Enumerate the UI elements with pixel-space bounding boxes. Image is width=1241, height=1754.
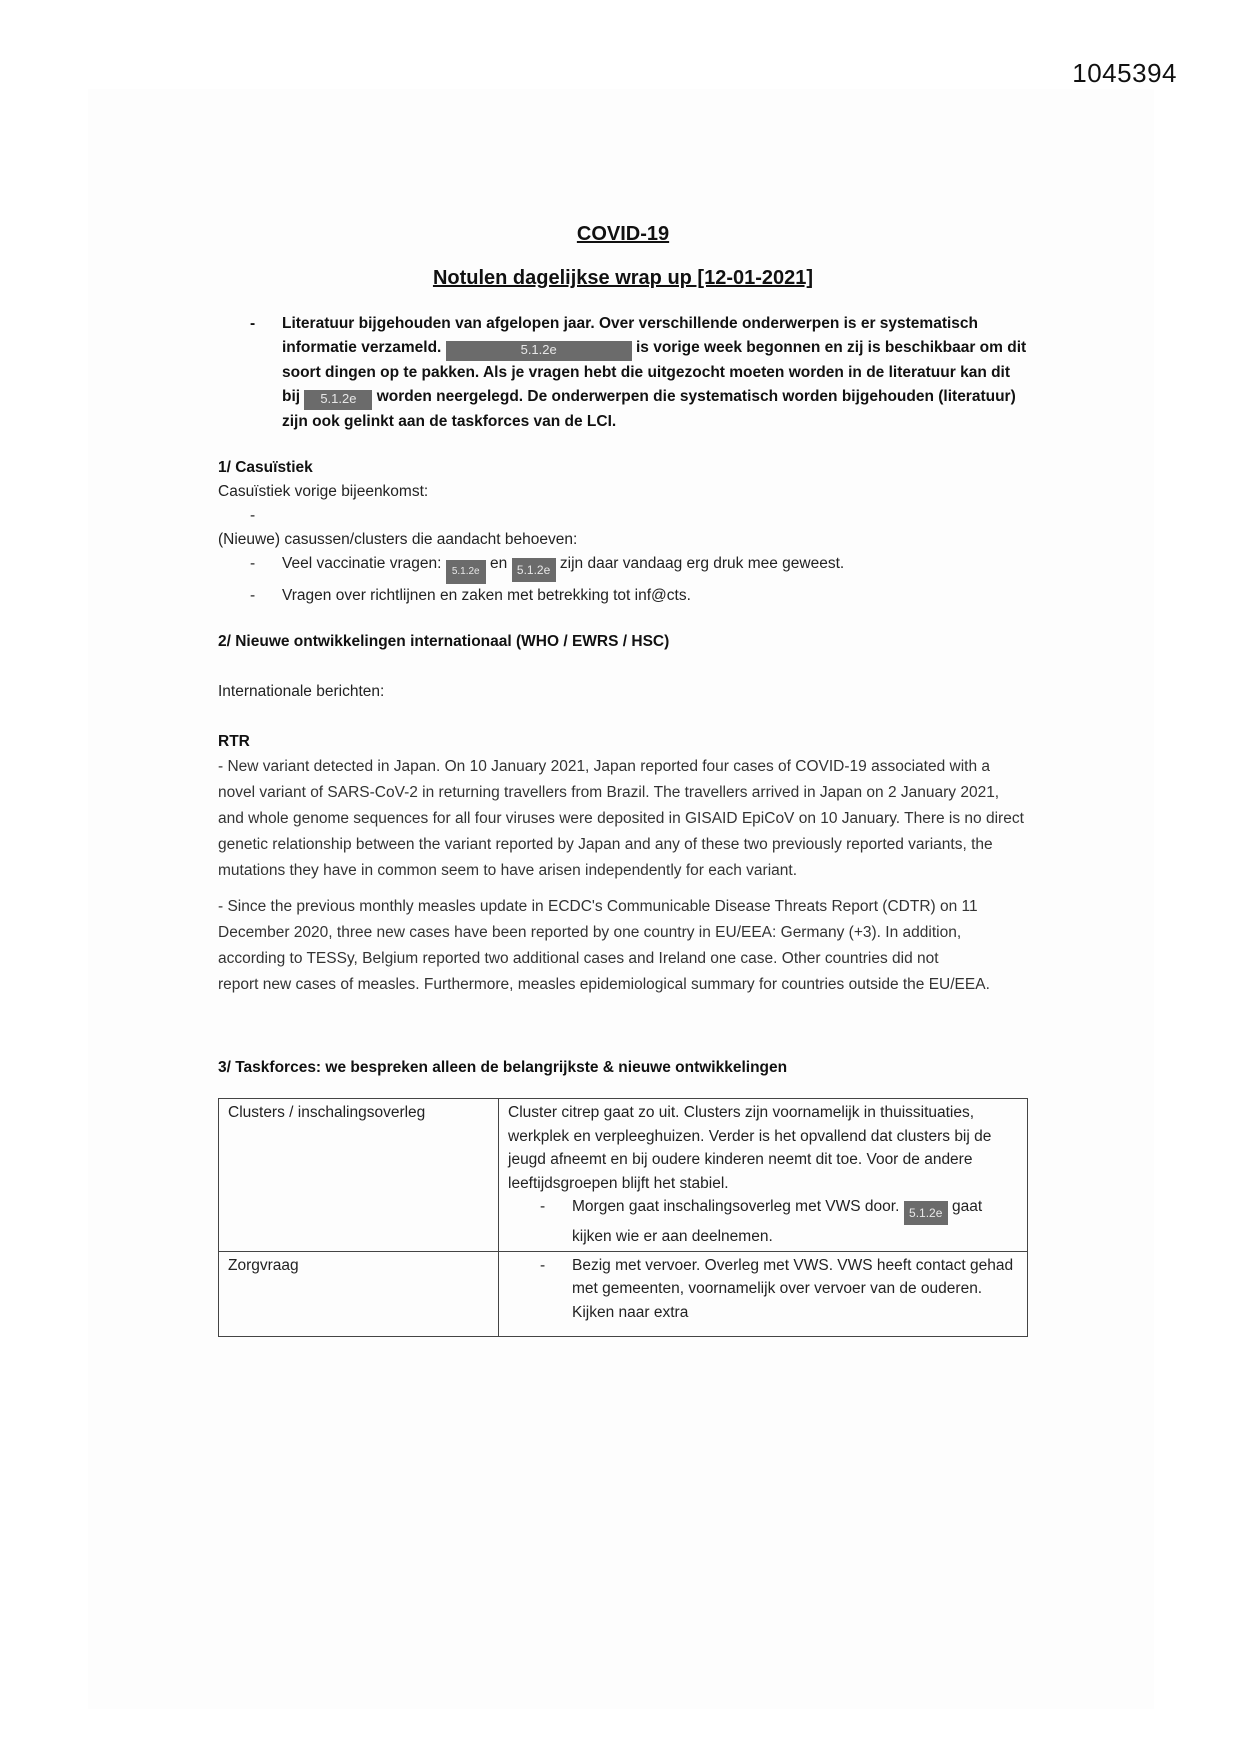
bullet-text: Bezig met vervoer. Overleg met VWS. VWS … [572,1254,1019,1325]
section2-heading: 2/ Nieuwe ontwikkelingen internationaal … [218,630,1028,654]
new-cases-label: (Nieuwe) casussen/clusters die aandacht … [218,528,1028,552]
rtr-heading: RTR [218,730,1028,754]
intro-text-part3: worden neergelegd. De onderwerpen die sy… [282,388,1016,430]
rtr-paragraph-measles-line2: report new cases of measles. Furthermore… [218,972,1028,998]
bullet-text-before: Morgen gaat inschalingsoverleg met VWS d… [572,1198,904,1215]
bullet-dash: - [218,552,282,584]
bullet-text: Veel vaccinatie vragen: 5.1.2e en 5.1.2e… [282,552,844,584]
taskforce-notes: - Bezig met vervoer. Overleg met VWS. VW… [499,1251,1028,1337]
bullet-dash: - [218,504,282,528]
rtr-paragraph-measles-line1: - Since the previous monthly measles upd… [218,894,1028,972]
taskforce-label: Zorgvraag [219,1251,499,1337]
international-messages-label: Internationale berichten: [218,680,1028,704]
document-id: 1045394 [1072,58,1177,89]
taskforce-label: Clusters / inschalingsoverleg [219,1099,499,1252]
redaction-box: 5.1.2e [304,390,372,410]
bullet-dash: - [508,1195,572,1249]
bullet-text-after: zijn daar vandaag erg druk mee geweest. [556,555,845,572]
document-subtitle: Notulen dagelijkse wrap up [12-01-2021] [218,266,1028,290]
bullet-text: Morgen gaat inschalingsoverleg met VWS d… [572,1195,1019,1249]
redaction-box: 5.1.2e [904,1201,948,1225]
redaction-box: 5.1.2e [446,341,632,361]
bullet-dash: - [508,1254,572,1325]
bullet-text: Vragen over richtlijnen en zaken met bet… [282,584,691,608]
new-cases-bullet-1: - Veel vaccinatie vragen: 5.1.2e en 5.1.… [218,552,1028,584]
taskforces-table: Clusters / inschalingsoverleg Cluster ci… [218,1098,1028,1337]
redaction-box: 5.1.2e [512,558,556,582]
taskforce-bullet: - Morgen gaat inschalingsoverleg met VWS… [508,1195,1019,1249]
intro-bullet: - Literatuur bijgehouden van afgelopen j… [218,312,1028,434]
table-row: Clusters / inschalingsoverleg Cluster ci… [219,1099,1028,1252]
document-title: COVID-19 [218,222,1028,246]
new-cases-bullet-2: - Vragen over richtlijnen en zaken met b… [218,584,1028,608]
redaction-box: 5.1.2e [446,560,486,584]
section3-heading: 3/ Taskforces: we bespreken alleen de be… [218,1056,1028,1080]
section1-heading: 1/ Casuïstiek [218,456,1028,480]
table-row: Zorgvraag - Bezig met vervoer. Overleg m… [219,1251,1028,1337]
bullet-dash: - [218,584,282,608]
intro-text: Literatuur bijgehouden van afgelopen jaa… [282,312,1028,434]
taskforce-bullet: - Bezig met vervoer. Overleg met VWS. VW… [508,1254,1019,1325]
taskforce-notes-text: Cluster citrep gaat zo uit. Clusters zij… [508,1101,1019,1195]
rtr-paragraph-japan-variant: - New variant detected in Japan. On 10 J… [218,754,1028,884]
bullet-text-before: Veel vaccinatie vragen: [282,555,446,572]
document-content: COVID-19 Notulen dagelijkse wrap up [12-… [218,218,1028,1337]
taskforce-notes: Cluster citrep gaat zo uit. Clusters zij… [499,1099,1028,1252]
previous-cases-label: Casuïstiek vorige bijeenkomst: [218,480,1028,504]
previous-cases-item: - [218,504,1028,528]
bullet-dash: - [218,312,282,434]
bullet-text-middle: en [486,555,512,572]
